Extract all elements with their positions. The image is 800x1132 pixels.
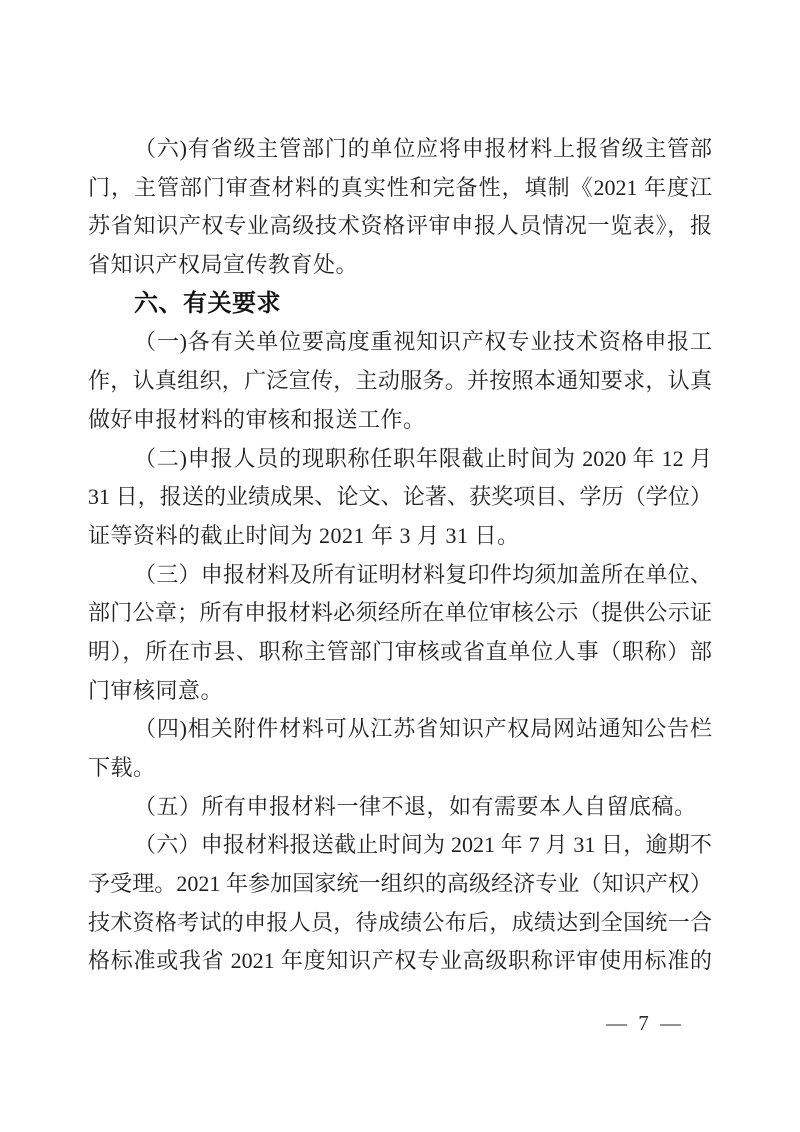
text-block: （六)有省级主管部门的单位应将申报材料上报省级主管部门，主管部门审查材料的真实性… [88, 130, 712, 981]
text-line: 下载。 [88, 749, 712, 788]
text-line: 证等资料的截止时间为 2021 年 3 月 31 日。 [88, 517, 712, 556]
text-line: 部门公章；所有申报材料必须经所在单位审核公示（提供公示证 [88, 594, 712, 633]
text-line: 省知识产权局宣传教育处。 [88, 246, 712, 285]
text-line: （三）申报材料及所有证明材料复印件均须加盖所在单位、 [88, 556, 712, 595]
text-line: 做好申报材料的审核和报送工作。 [88, 401, 712, 440]
text-line: 门，主管部门审查材料的真实性和完备性，填制《2021 年度江 [88, 169, 712, 208]
text-line: 31 日，报送的业绩成果、论文、论著、获奖项目、学历（学位） [88, 478, 712, 517]
text-line: 明），所在市县、职称主管部门审核或省直单位人事（职称）部 [88, 633, 712, 672]
text-line: 予受理。2021 年参加国家统一组织的高级经济专业（知识产权） [88, 865, 712, 904]
text-line: （四)相关附件材料可从江苏省知识产权局网站通知公告栏 [88, 710, 712, 749]
text-line: 作，认真组织，广泛宣传，主动服务。并按照本通知要求，认真 [88, 362, 712, 401]
section-heading: 六、有关要求 [88, 285, 712, 324]
text-line: （六）申报材料报送截止时间为 2021 年 7 月 31 日，逾期不 [88, 826, 712, 865]
text-line: （六)有省级主管部门的单位应将申报材料上报省级主管部 [88, 130, 712, 169]
text-line: 技术资格考试的申报人员，待成绩公布后，成绩达到全国统一合 [88, 904, 712, 943]
text-line: （一)各有关单位要高度重视知识产权专业技术资格申报工 [88, 323, 712, 362]
document-page: （六)有省级主管部门的单位应将申报材料上报省级主管部门，主管部门审查材料的真实性… [0, 0, 800, 1132]
text-line: （二)申报人员的现职称任职年限截止时间为 2020 年 12 月 [88, 440, 712, 479]
text-line: （五）所有申报材料一律不退，如有需要本人自留底稿。 [88, 788, 712, 827]
page-number: — 7 — [606, 1008, 684, 1038]
text-line: 苏省知识产权专业高级技术资格评审申报人员情况一览表》，报 [88, 207, 712, 246]
text-line: 格标准或我省 2021 年度知识产权专业高级职称评审使用标准的 [88, 942, 712, 981]
text-line: 门审核同意。 [88, 672, 712, 711]
